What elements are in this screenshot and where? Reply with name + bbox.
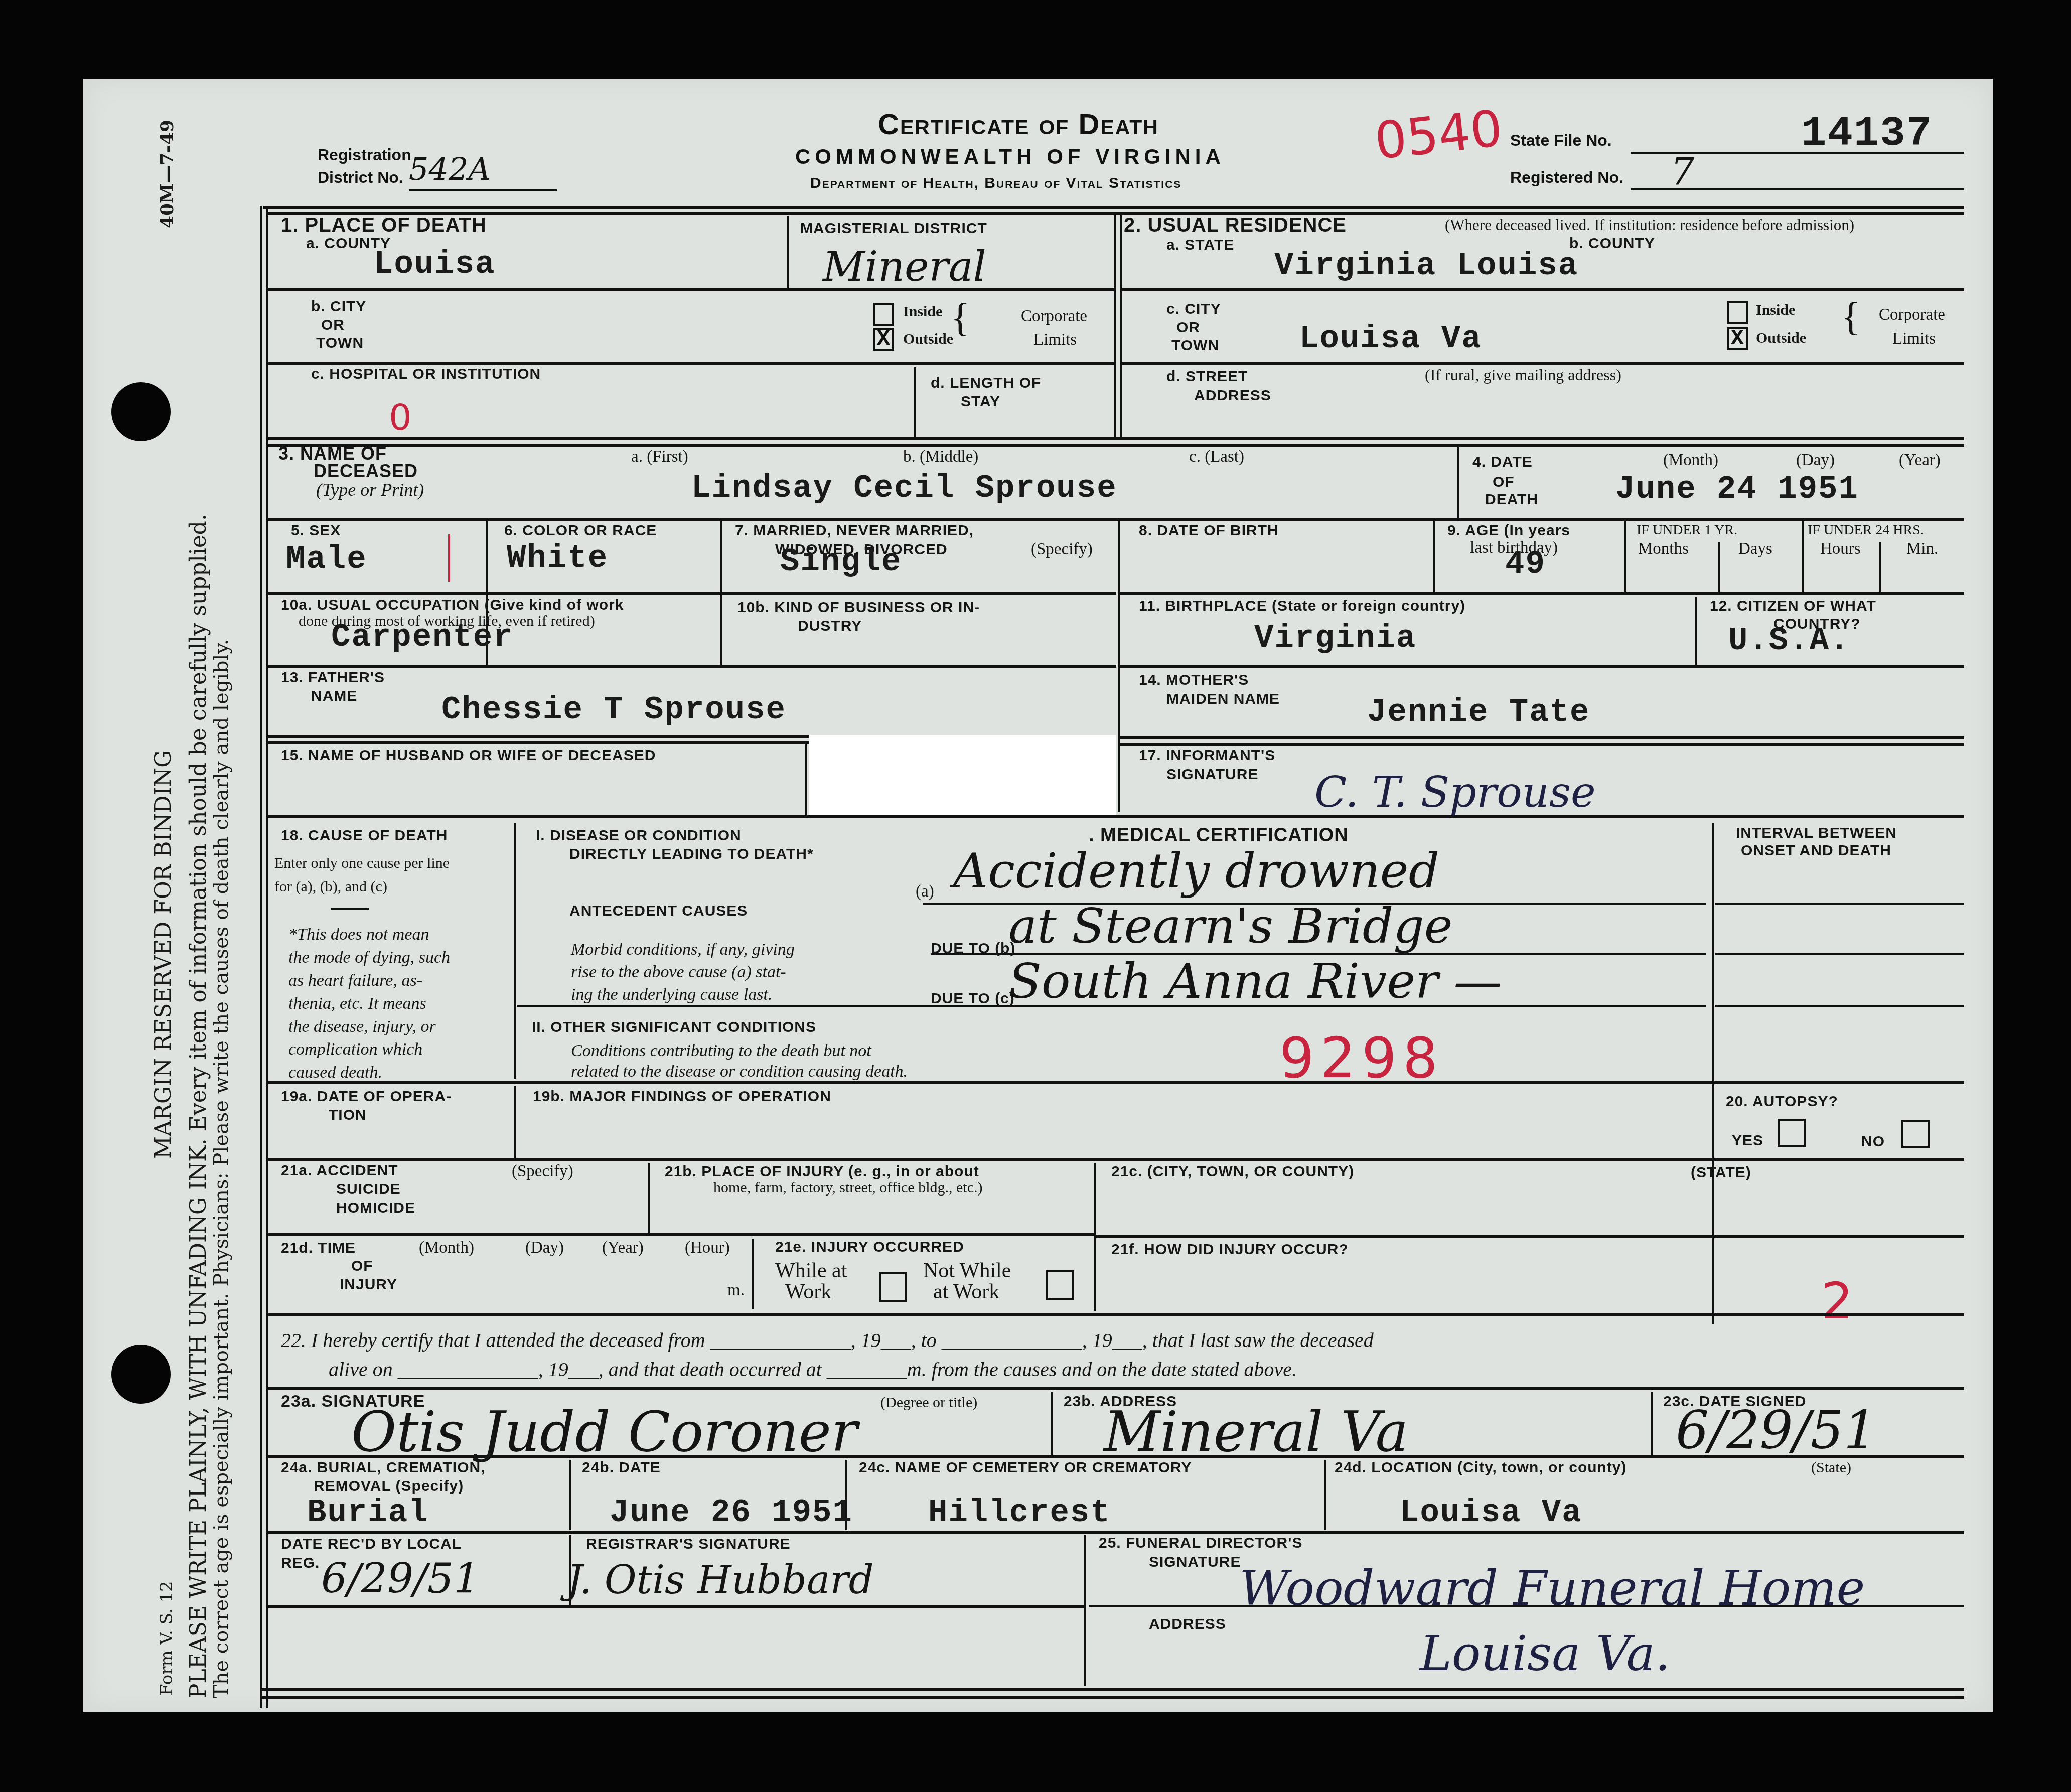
cemetery-label: 24c. NAME OF CEMETERY OR CREMATORY [859,1460,1192,1476]
burial-label: 24a. BURIAL, CREMATION, [281,1460,485,1476]
certification-statement-2: alive on ______________, 19___, and that… [329,1359,1297,1380]
commonwealth-title: COMMONWEALTH OF VIRGINIA [795,144,1225,169]
cause-instruction-2: for (a), (b), and (c) [274,879,387,895]
brace: { [1841,295,1860,338]
citizen-value: U.S.A. [1728,623,1850,659]
col-divider [514,823,516,1079]
magisterial-label: MAGISTERIAL DISTRICT [800,221,987,237]
under-24-hours-label: IF UNDER 24 HRS. [1808,523,1924,538]
district-underline [409,189,557,191]
col-divider [752,1239,754,1309]
other-conditions-note: Conditions contributing to the death but… [571,1041,908,1082]
row-line [1120,743,1964,746]
row-line [1122,362,1964,365]
injury-specify-label: (Specify) [512,1163,573,1181]
state-file-label: State File No. [1510,131,1612,150]
informant-signature-label: SIGNATURE [1166,767,1258,783]
row-line [268,735,810,738]
margin-instruction-1: PLEASE WRITE PLAINLY, WITH UNFADING INK.… [186,514,211,1698]
registrar-signature: J. Otis Hubbard [567,1558,874,1603]
father-label: 13. FATHER'S [281,670,385,686]
business-label-2: DUSTRY [798,618,862,634]
time-of-injury-label: 21d. TIME [281,1240,356,1256]
col-divider-1b [1120,213,1122,439]
usual-residence-label: 2. USUAL RESIDENCE [1124,215,1347,236]
homicide-label: HOMICIDE [336,1200,415,1216]
burial-date-label: 24b. DATE [582,1460,661,1476]
burial-location-value: Louisa Va [1400,1495,1582,1531]
funeral-director-signature-label: SIGNATURE [1149,1554,1241,1570]
row-line [1089,1605,1964,1607]
physician-address: Mineral Va [1104,1400,1408,1464]
residence-outside-label: Outside [1756,330,1806,346]
sex-value: Male [286,542,367,578]
informant-label: 17. INFORMANT'S [1139,748,1275,764]
residence-county-label: b. COUNTY [1569,236,1655,252]
red-mark-2: 2 [1821,1272,1853,1330]
day-label: (Day) [1796,452,1835,470]
race-value: White [507,541,608,577]
state-file-number: 14137 [1801,110,1933,158]
residence-limits-label: Limits [1892,330,1936,348]
short-rule [331,908,369,910]
date-of-death-of: OF [1493,474,1515,490]
row-line [268,518,1964,521]
other-conditions-label: II. OTHER SIGNIFICANT CONDITIONS [532,1019,816,1035]
while-at-work-checkbox[interactable] [879,1272,907,1302]
col-divider [1802,521,1804,593]
col-divider [648,1163,650,1233]
injury-hour-label: (Hour) [685,1239,730,1257]
city-label: b. CITY [311,298,366,315]
row-line [268,592,1116,595]
time-of-injury-of: OF [351,1258,373,1274]
frame-left-1 [260,206,262,1708]
residence-corporate-label: Corporate [1879,306,1945,324]
marital-value: Single [780,544,902,580]
autopsy-no-label: NO [1861,1134,1885,1150]
col-divider [1624,521,1626,593]
date-of-death-label: 4. DATE [1472,454,1533,470]
not-while-at-work-checkbox[interactable] [1046,1270,1074,1300]
funeral-address-label: ADDRESS [1149,1616,1226,1632]
row-line [1122,288,1964,291]
street-note: (If rural, give mailing address) [1425,366,1621,384]
first-name-label: a. (First) [631,448,688,466]
registered-underline [1631,188,1964,190]
col-divider [514,1086,516,1159]
burial-location-label: 24d. LOCATION (City, town, or county) [1335,1460,1627,1476]
residence-state-county-value: Virginia Louisa [1274,248,1578,284]
operation-date-label-2: TION [329,1107,367,1123]
last-name-label: c. (Last) [1189,448,1244,466]
injury-state-label: (STATE) [1691,1165,1751,1181]
row-line [1096,1235,1964,1238]
interval-line-a [1715,903,1964,905]
date-received-label: DATE REC'D BY LOCAL [281,1536,462,1552]
row-line [268,362,1114,365]
deceased-name-value: Lindsay Cecil Sprouse [691,471,1117,507]
injury-month-label: (Month) [419,1239,474,1257]
residence-inside-label: Inside [1756,302,1795,318]
disease-label: I. DISEASE OR CONDITION [536,828,742,844]
form-number: Form V. S. 12 [157,1581,177,1696]
place-of-injury-label: 21b. PLACE OF INJURY (e. g., in or about [665,1164,979,1180]
cause-a-label: (a) [916,883,934,901]
autopsy-yes-label: YES [1732,1133,1763,1149]
injury-day-label: (Day) [525,1239,564,1257]
frame-left-2 [266,206,268,1708]
red-code-number: 9298 [1279,1026,1444,1090]
row-line [268,1387,1964,1390]
row-line [268,741,810,744]
age-value: 49 [1505,547,1546,583]
binding-note: MARGIN RESERVED FOR BINDING [151,750,176,1159]
frame-bottom-2 [260,1696,1964,1699]
operation-date-label: 19a. DATE OF OPERA- [281,1089,452,1105]
date-signed: 6/29/51 [1676,1400,1877,1461]
place-of-injury-note: home, farm, factory, street, office bldg… [713,1180,982,1196]
minutes-label: Min. [1906,540,1938,558]
row-line [268,1605,1084,1608]
col-divider [1695,597,1697,665]
injury-am-pm-label: m. [727,1282,745,1300]
residence-city-label: c. CITY [1166,301,1221,317]
cause-a-line [923,903,1706,905]
registrar-signature-label: REGISTRAR'S SIGNATURE [586,1536,791,1552]
funeral-address-value: Louisa Va. [1420,1625,1670,1682]
accident-label: 21a. ACCIDENT [281,1163,398,1179]
red-tick-mark [448,534,450,582]
cause-c-value: South Anna River — [1008,953,1502,1009]
morbid-note: Morbid conditions, if any, givingrise to… [571,938,795,1006]
department-title: Department of Health, Bureau of Vital St… [810,175,1181,192]
punch-hole-bottom [111,1345,171,1404]
place-of-death-label: 1. PLACE OF DEATH [281,215,487,236]
row-line [268,437,1964,440]
cause-b-value: at Stearn's Bridge [1008,898,1452,954]
city-label-or: OR [321,317,345,333]
mother-label: 14. MOTHER'S [1139,672,1249,688]
cause-note: *This does not meanthe mode of dying, su… [288,923,450,1084]
burial-state-label: (State) [1811,1460,1851,1476]
citizen-label: 12. CITIZEN OF WHAT [1710,598,1876,614]
row-line [268,665,1116,668]
col-divider [1651,1392,1653,1455]
district-number: 542A [409,151,491,187]
interval-line-b [1715,953,1964,955]
col-divider [1718,542,1720,593]
mother-value: Jennie Tate [1367,695,1590,731]
occupation-value: Carpenter [331,620,514,656]
col-divider-1 [1114,213,1116,439]
city-label-town: TOWN [316,335,364,351]
type-or-print-label: (Type or Print) [316,480,424,500]
marital-label: 7. MARRIED, NEVER MARRIED, [735,523,974,539]
days-label: Days [1738,540,1772,558]
punch-hole-top [111,382,171,441]
cause-b-line [931,953,1706,955]
row-line [268,444,1964,447]
length-of-stay-label: d. LENGTH OF [931,375,1041,391]
year-label: (Year) [1899,452,1941,470]
col-divider [569,1460,571,1530]
certification-statement-1: 22. I hereby certify that I attended the… [281,1329,1374,1351]
frame-bottom-1 [260,1688,1964,1691]
funeral-director-label: 25. FUNERAL DIRECTOR'S [1099,1535,1302,1551]
months-label: Months [1638,540,1689,558]
residence-outside-checkbox[interactable]: X [1727,327,1748,350]
row-line [1120,665,1964,668]
street-label: d. STREET [1166,369,1248,385]
cause-of-death-label: 18. CAUSE OF DEATH [281,828,448,844]
interval-label: INTERVAL BETWEEN [1736,825,1897,841]
hours-label: Hours [1820,540,1861,558]
suicide-label: SUICIDE [336,1181,401,1198]
autopsy-yes-checkbox[interactable] [1778,1119,1806,1147]
race-label: 6. COLOR OR RACE [504,523,657,539]
inside-checkbox[interactable] [873,303,894,326]
row-line [268,815,1964,818]
col-divider [805,742,807,815]
col-divider [1094,1163,1096,1311]
while-at-work-label: While atWork [775,1260,847,1302]
middle-name-label: b. (Middle) [903,448,978,466]
margin-instruction-2: The correct age is especially important.… [210,639,233,1698]
district-label: District No. [318,168,403,187]
birthplace-label: 11. BIRTHPLACE (State or foreign country… [1139,598,1465,614]
residence-city-town: TOWN [1171,338,1219,354]
informant-signature: C. T. Sprouse [1314,768,1596,817]
col-divider [1084,1535,1086,1686]
row-line [268,1313,1964,1316]
cause-a-value: Accidently drowned [953,843,1439,899]
magisterial-divider [787,216,789,291]
row-line [1120,592,1964,595]
hospital-red-mark: 0 [389,396,412,438]
sex-label: 5. SEX [291,523,341,539]
residence-note: (Where deceased lived. If institution: r… [1445,217,1854,233]
disease-label-2: DIRECTLY LEADING TO DEATH* [569,846,814,862]
registration-label: Registration [318,145,411,164]
certificate-title: Certificate of Death [878,108,1159,141]
row-line [1120,736,1964,739]
state-label: a. STATE [1166,237,1234,253]
col-divider [1051,1392,1053,1455]
injury-occurred-label: 21e. INJURY OCCURRED [775,1239,964,1255]
autopsy-no-checkbox[interactable] [1901,1120,1930,1148]
cemetery-value: Hillcrest [928,1495,1111,1531]
month-label: (Month) [1663,452,1718,470]
outside-label: Outside [903,331,953,347]
birthplace-value: Virginia [1254,621,1416,657]
row-line [268,1081,1964,1084]
injury-year-label: (Year) [602,1239,644,1257]
col-divider [1712,823,1714,1324]
date-divider [1457,446,1459,519]
stay-label: STAY [961,394,1000,410]
residence-city-or: OR [1176,320,1200,336]
col-divider [1433,521,1435,593]
date-of-death-death: DEATH [1485,492,1538,508]
registered-number: 7 [1671,151,1694,194]
registered-label: Registered No. [1510,168,1623,187]
col-divider [1324,1460,1326,1530]
row-line [268,1455,1964,1458]
burial-date-value: June 26 1951 [610,1495,853,1531]
funeral-director-signature: Woodward Funeral Home [1239,1560,1865,1616]
not-while-at-work-label: Not Whileat Work [923,1260,1011,1302]
date-of-death-value: June 24 1951 [1615,472,1859,508]
age-label: 9. AGE (In years [1447,523,1570,539]
cause-instruction-1: Enter only one cause per line [274,855,450,871]
how-injury-occurred-label: 21f. HOW DID INJURY OCCUR? [1111,1242,1349,1258]
business-label: 10b. KIND OF BUSINESS OR IN- [737,600,980,616]
degree-title-label: (Degree or title) [880,1395,977,1411]
hospital-label: c. HOSPITAL OR INSTITUTION [311,366,541,382]
occupation-label: 10a. USUAL OCCUPATION (Give kind of work [281,597,624,613]
marital-specify: (Specify) [1031,541,1093,559]
spouse-label: 15. NAME OF HUSBAND OR WIFE OF DECEASED [281,748,656,764]
limits-label: Limits [1033,331,1077,349]
father-name-label: NAME [311,688,357,704]
row-line [268,288,1114,291]
interval-line-c [1715,1005,1964,1007]
father-value: Chessie T Sprouse [441,692,786,728]
date-received-value: 6/29/51 [321,1555,480,1603]
outside-checkbox[interactable]: X [873,328,894,351]
row-line [268,1531,1964,1534]
redaction-box [809,735,1116,815]
injury-city-label: 21c. (CITY, TOWN, OR COUNTY) [1111,1164,1354,1180]
cause-c-line [517,1005,1706,1007]
frame-top-1 [263,206,1964,209]
burial-value: Burial [307,1495,428,1531]
stay-divider [914,367,916,437]
physician-signature: Otis Judd Coroner [351,1400,857,1464]
removal-label: REMOVAL (Specify) [314,1478,464,1495]
date-of-birth-label: 8. DATE OF BIRTH [1139,523,1279,539]
date-received-reg-label: REG. [281,1555,320,1571]
under-1-year-label: IF UNDER 1 YR. [1637,523,1737,538]
death-county-value: Louisa [374,247,495,283]
inside-label: Inside [903,304,942,320]
time-of-injury-injury: INJURY [340,1277,397,1293]
magisterial-value: Mineral [823,243,986,291]
antecedent-label: ANTECEDENT CAUSES [569,903,748,919]
row-line [268,1233,1096,1236]
corporate-label: Corporate [1021,308,1087,326]
major-findings-label: 19b. MAJOR FINDINGS OF OPERATION [533,1089,831,1105]
interval-label-2: ONSET AND DEATH [1741,843,1891,859]
row-line [268,1158,1964,1161]
residence-city-value: Louisa Va [1299,321,1482,357]
autopsy-label: 20. AUTOPSY? [1726,1094,1838,1110]
form-date-code: 40M—7-49 [157,120,178,228]
col-divider [1879,542,1881,593]
address-label: ADDRESS [1194,388,1271,404]
deceased-label: DECEASED [314,462,418,481]
mother-maiden-label: MAIDEN NAME [1166,691,1280,707]
residence-inside-checkbox[interactable] [1727,301,1748,324]
brace: { [951,296,970,339]
